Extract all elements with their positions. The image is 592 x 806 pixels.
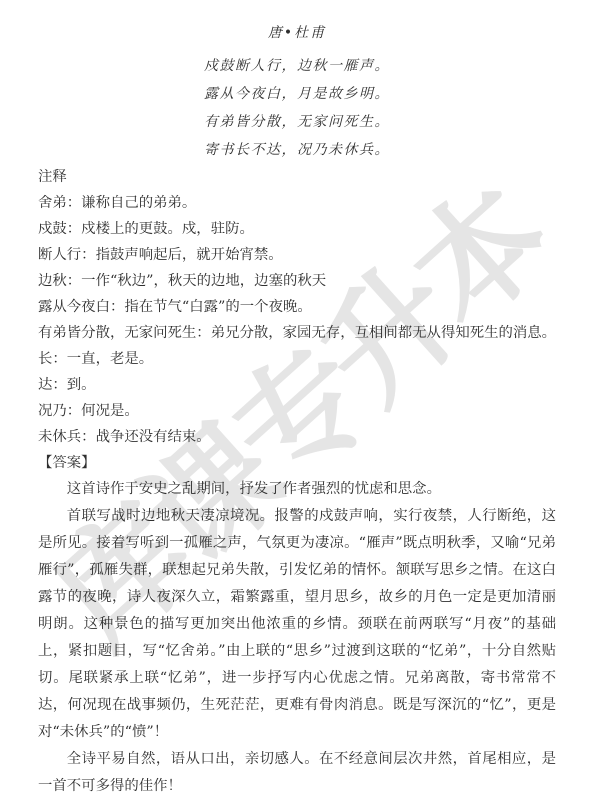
notes-heading: 注释 <box>38 164 556 190</box>
answer-paragraph: 这首诗作于安史之乱期间，抒发了作者强烈的忧虑和思念。 <box>38 476 556 503</box>
note-line: 长：一直，老是。 <box>38 346 556 372</box>
poem-line-3: 有弟皆分散，无家问死生。 <box>38 108 556 136</box>
answer-paragraph: 首联写战时边地秋天凄凉境况。报警的戍鼓声响，实行夜禁，人行断绝，这是所见。接着写… <box>38 503 556 746</box>
poem-line-1: 戍鼓断人行，边秋一雁声。 <box>38 52 556 80</box>
answer-block: 这首诗作于安史之乱期间，抒发了作者强烈的忧虑和思念。 首联写战时边地秋天凄凉境况… <box>38 476 556 800</box>
note-line: 达：到。 <box>38 372 556 398</box>
note-line: 况乃：何况是。 <box>38 398 556 424</box>
note-line: 戍鼓：戍楼上的更鼓。戍，驻防。 <box>38 216 556 242</box>
notes-block: 舍弟：谦称自己的弟弟。 戍鼓：戍楼上的更鼓。戍，驻防。 断人行：指鼓声响起后，就… <box>38 190 556 450</box>
note-line: 有弟皆分散，无家问死生：弟兄分散，家园无存，互相间都无从得知死生的消息。 <box>38 320 556 346</box>
note-line: 舍弟：谦称自己的弟弟。 <box>38 190 556 216</box>
answer-heading: 【答案】 <box>38 450 556 476</box>
poem-line-2: 露从今夜白，月是故乡明。 <box>38 80 556 108</box>
page-content: 唐•杜甫 戍鼓断人行，边秋一雁声。 露从今夜白，月是故乡明。 有弟皆分散，无家问… <box>0 0 592 800</box>
poem-author: 唐•杜甫 <box>38 22 556 44</box>
document-page: 库课专升本 唐•杜甫 戍鼓断人行，边秋一雁声。 露从今夜白，月是故乡明。 有弟皆… <box>0 0 592 806</box>
note-line: 未休兵：战争还没有结束。 <box>38 424 556 450</box>
answer-paragraph: 全诗平易自然，语从口出，亲切感人。在不经意间层次井然，首尾相应，是一首不可多得的… <box>38 746 556 800</box>
note-line: 边秋：一作“秋边”，秋天的边地，边塞的秋天 <box>38 268 556 294</box>
note-line: 断人行：指鼓声响起后，就开始宵禁。 <box>38 242 556 268</box>
note-line: 露从今夜白：指在节气“白露”的一个夜晚。 <box>38 294 556 320</box>
poem-line-4: 寄书长不达，况乃未休兵。 <box>38 136 556 164</box>
poem-block: 戍鼓断人行，边秋一雁声。 露从今夜白，月是故乡明。 有弟皆分散，无家问死生。 寄… <box>38 52 556 164</box>
